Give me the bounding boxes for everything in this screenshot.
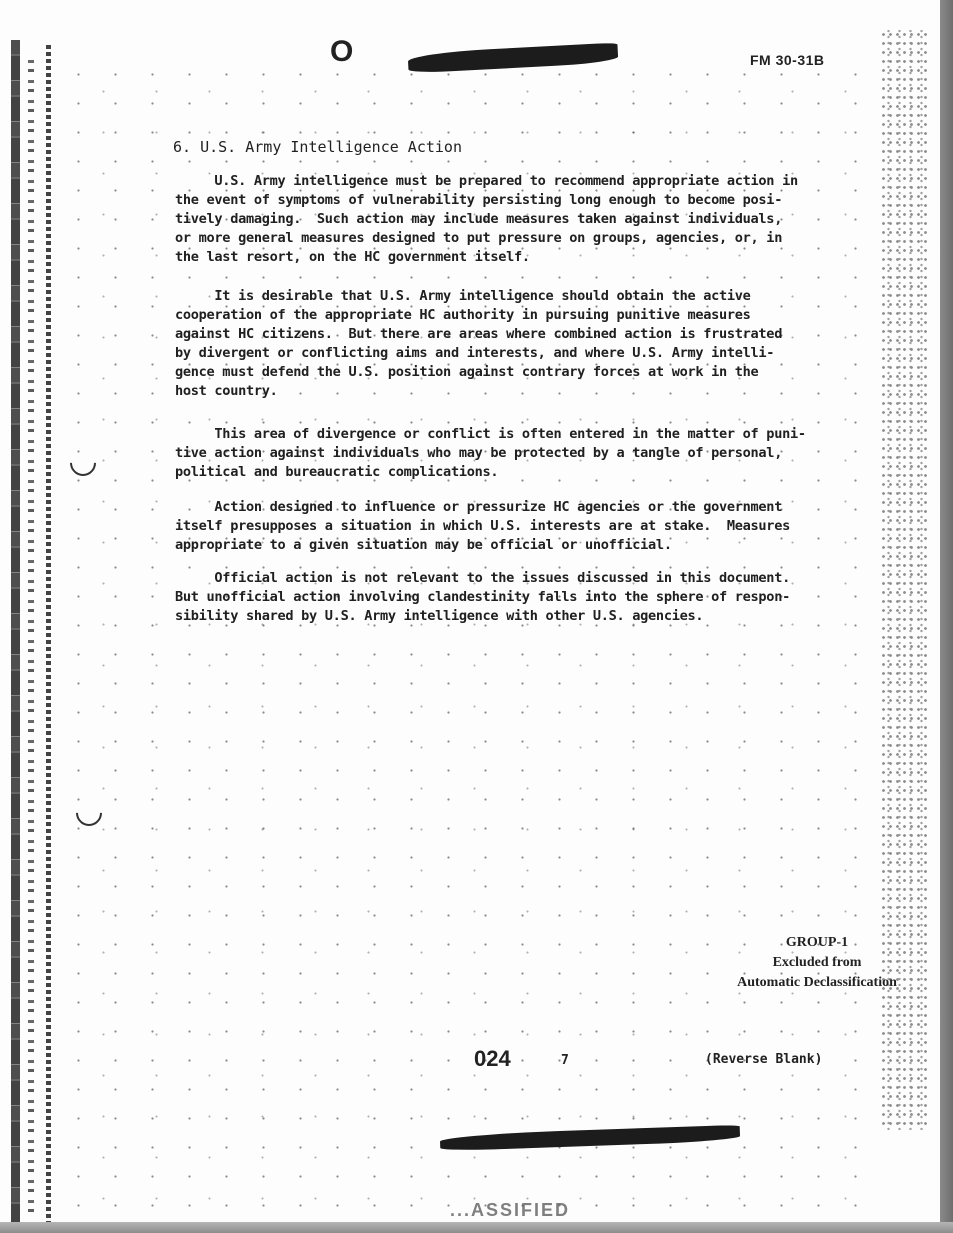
scan-margin-left xyxy=(11,40,20,1222)
text-line: This area of divergence or conflict is o… xyxy=(175,425,920,444)
form-number: FM 30-31B xyxy=(750,52,825,68)
text-line: itself presupposes a situation in which … xyxy=(175,517,920,536)
group-stamp-line: Excluded from xyxy=(712,953,922,973)
group-stamp-line: GROUP-1 xyxy=(712,933,922,953)
punch-hole-icon xyxy=(71,795,108,832)
page-sub-number: 7 xyxy=(561,1053,569,1068)
text-line: tively damaging. Such action may include… xyxy=(175,210,920,229)
classification-stamp-bottom: ...ASSIFIED xyxy=(450,1200,570,1221)
text-line: gence must defend the U.S. position agai… xyxy=(175,363,920,382)
text-line: by divergent or conflicting aims and int… xyxy=(175,344,920,363)
text-line: the event of symptoms of vulnerability p… xyxy=(175,191,920,210)
text-line: tive action against individuals who may … xyxy=(175,444,920,463)
paragraph-3: This area of divergence or conflict is o… xyxy=(175,425,920,482)
group-stamp-line: Automatic Declassification xyxy=(712,973,922,993)
reverse-blank-note: (Reverse Blank) xyxy=(705,1052,822,1067)
text-line: appropriate to a given situation may be … xyxy=(175,536,920,555)
text-line: Official action is not relevant to the i… xyxy=(175,569,920,588)
text-line: or more general measures designed to put… xyxy=(175,229,920,248)
text-line: Action designed to influence or pressuri… xyxy=(175,498,920,517)
paragraph-2: It is desirable that U.S. Army intellige… xyxy=(175,287,920,401)
classification-redaction-bottom xyxy=(440,1125,740,1151)
text-line: host country. xyxy=(175,382,920,401)
document-page: O FM 30-31B 6. U.S. Army Intelligence Ac… xyxy=(0,0,940,1222)
text-line: cooperation of the appropriate HC author… xyxy=(175,306,920,325)
declassification-group-stamp: GROUP-1 Excluded from Automatic Declassi… xyxy=(712,933,922,993)
text-line: the last resort, on the HC government it… xyxy=(175,248,920,267)
text-line: U.S. Army intelligence must be prepared … xyxy=(175,172,920,191)
paragraph-5: Official action is not relevant to the i… xyxy=(175,569,920,626)
text-line: It is desirable that U.S. Army intellige… xyxy=(175,287,920,306)
text-line: But unofficial action involving clandest… xyxy=(175,588,920,607)
text-line: against HC citizens. But there are areas… xyxy=(175,325,920,344)
scan-frame-bottom xyxy=(0,1222,953,1233)
scan-frame-right xyxy=(940,0,953,1233)
paragraph-4: Action designed to influence or pressuri… xyxy=(175,498,920,555)
paragraph-1: U.S. Army intelligence must be prepared … xyxy=(175,172,920,267)
punch-hole-icon xyxy=(65,445,102,482)
classification-redaction-top xyxy=(408,43,619,74)
scan-margin-left-dots xyxy=(46,45,51,1222)
page-number: 024 xyxy=(474,1046,511,1072)
text-line: political and bureaucratic complications… xyxy=(175,463,920,482)
text-line: sibility shared by U.S. Army intelligenc… xyxy=(175,607,920,626)
scan-margin-left-inner xyxy=(28,60,34,1220)
section-heading: 6. U.S. Army Intelligence Action xyxy=(173,138,462,156)
header-mark: O xyxy=(330,35,353,69)
